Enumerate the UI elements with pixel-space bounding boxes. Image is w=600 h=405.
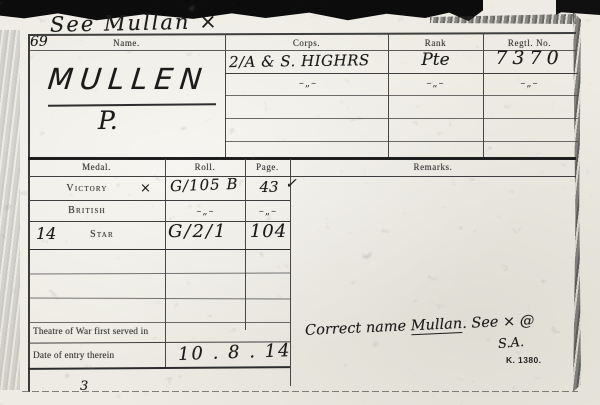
- remarks-header: Remarks.: [290, 162, 576, 172]
- medal-index-card-scan: See Mullan × 69 Name. Corps. Rank Regtl.…: [0, 0, 600, 405]
- star-label: Star: [62, 229, 142, 240]
- corps-ditto: –„–: [229, 78, 387, 89]
- british-roll-ditto: –„–: [168, 206, 243, 217]
- upper-row-line-1: [225, 73, 578, 74]
- surname-underline: [48, 103, 216, 106]
- victory-mark: ×: [140, 181, 151, 196]
- regtl-ditto: –„–: [483, 78, 576, 89]
- victory-row-line: [28, 200, 290, 201]
- medal-header: Medal.: [28, 162, 165, 172]
- rank-header: Rank: [388, 38, 483, 48]
- upper-row-line-4: [225, 141, 578, 142]
- scan-top-speckle: [430, 14, 576, 24]
- british-page-ditto: –„–: [248, 206, 288, 217]
- star-roll-value: G/2/1: [168, 221, 227, 242]
- remarks-note-pre: Correct name: [305, 318, 411, 339]
- star-prefix: 14: [36, 224, 56, 243]
- bottom-stray-mark: 3: [80, 379, 88, 394]
- remarks-note: Correct name Mullan. See × @: [305, 311, 573, 339]
- remarks-note-name: Mullan: [410, 316, 462, 335]
- divider-roll-page: [245, 159, 246, 330]
- table-bottom-line: [28, 366, 290, 369]
- roll-header: Roll.: [165, 162, 245, 172]
- scan-left-speckle: [0, 30, 20, 390]
- rank-value: Pte: [388, 50, 483, 70]
- victory-check-mark: ✓: [285, 176, 297, 192]
- corps-header: Corps.: [225, 38, 388, 48]
- rank-ditto: –„–: [388, 78, 483, 89]
- section-divider-line: [28, 157, 576, 160]
- page-header: Page.: [245, 162, 290, 172]
- divider-name-corps: [225, 34, 226, 158]
- blank-row-line-3: [28, 322, 290, 323]
- surname-value: MULLEN: [46, 62, 210, 96]
- card-bottom-line: [22, 391, 578, 392]
- remarks-note-post: . See × @: [462, 313, 535, 332]
- initial-value: P.: [98, 106, 118, 135]
- victory-page-value: 43: [250, 178, 288, 196]
- remarks-sa-note: S.A.: [497, 335, 524, 352]
- upper-row-line-2: [225, 95, 578, 96]
- star-row-line: [28, 249, 290, 250]
- date-label: Date of entry therein: [33, 351, 153, 361]
- blank-row-line-2: [28, 298, 290, 300]
- scan-black-corner: [556, 0, 600, 15]
- upper-row-line-3: [225, 118, 578, 119]
- name-header: Name.: [28, 38, 225, 48]
- theatre-label: Theatre of War first served in: [33, 327, 168, 337]
- corps-value: 2/A & S. HIGHRS: [229, 51, 387, 71]
- star-page-value: 104: [247, 221, 290, 242]
- medal-header-underline: [28, 176, 576, 177]
- form-reference: K. 1380.: [506, 355, 541, 365]
- scan-right-border: [573, 12, 581, 392]
- date-value: 10 . 8 . 14: [178, 340, 292, 365]
- victory-roll-value: G/105 B: [170, 175, 239, 195]
- blank-row-line-1: [28, 273, 290, 275]
- regtl-no-value: 7370: [483, 47, 576, 69]
- british-label: British: [28, 205, 146, 216]
- victory-label: Victory: [28, 183, 146, 194]
